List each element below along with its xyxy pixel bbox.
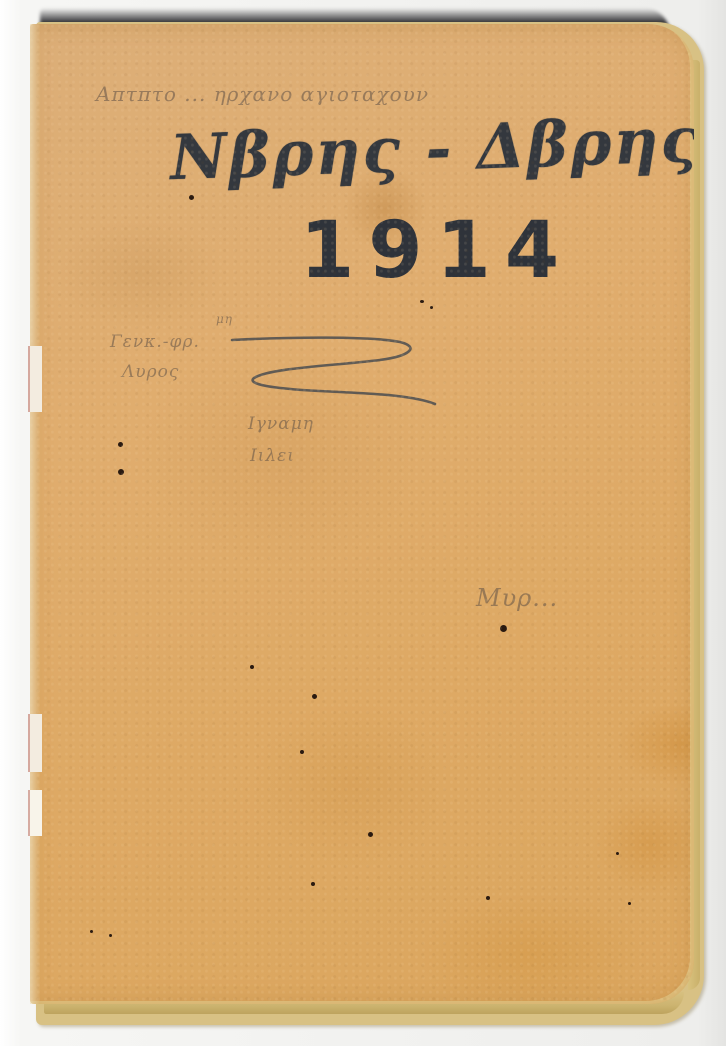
speck [430,306,433,309]
lower-right-faint-note: Μυρ... [476,584,558,612]
cover-year: 1914 [300,206,573,296]
speck [368,832,373,837]
spine-tear [28,714,42,772]
speck [312,694,317,699]
speck [486,896,490,900]
speck [109,934,112,937]
spine-tear [28,346,42,412]
notebook-cover: Απτπτο ... ηρχανο αγιοταχουν Νβρης - Δβρ… [30,24,694,1004]
spine-edge [30,24,40,1004]
pencil-scribble [230,334,450,424]
speck [118,469,124,475]
spine-tear [28,790,42,836]
speck [311,882,315,886]
left-note-superscript: μη [216,312,233,326]
speck [300,750,304,754]
left-note-line1: Γενκ.-φρ. [110,332,200,352]
speck [420,300,424,303]
cover-title: Νβρης - Δβρης [169,103,694,194]
center-note-line1: Ιγναμη [248,414,314,434]
speck [118,442,123,447]
speck [189,195,194,200]
top-faint-note: Απτπτο ... ηρχανο αγιοταχουν [96,82,429,106]
speck [500,625,507,632]
left-note-line2: Λυρος [122,362,179,382]
speck [250,665,254,669]
speck [628,902,631,905]
speck [90,930,93,933]
speck [616,852,619,855]
center-note-line2: Ιιλει [250,446,295,466]
